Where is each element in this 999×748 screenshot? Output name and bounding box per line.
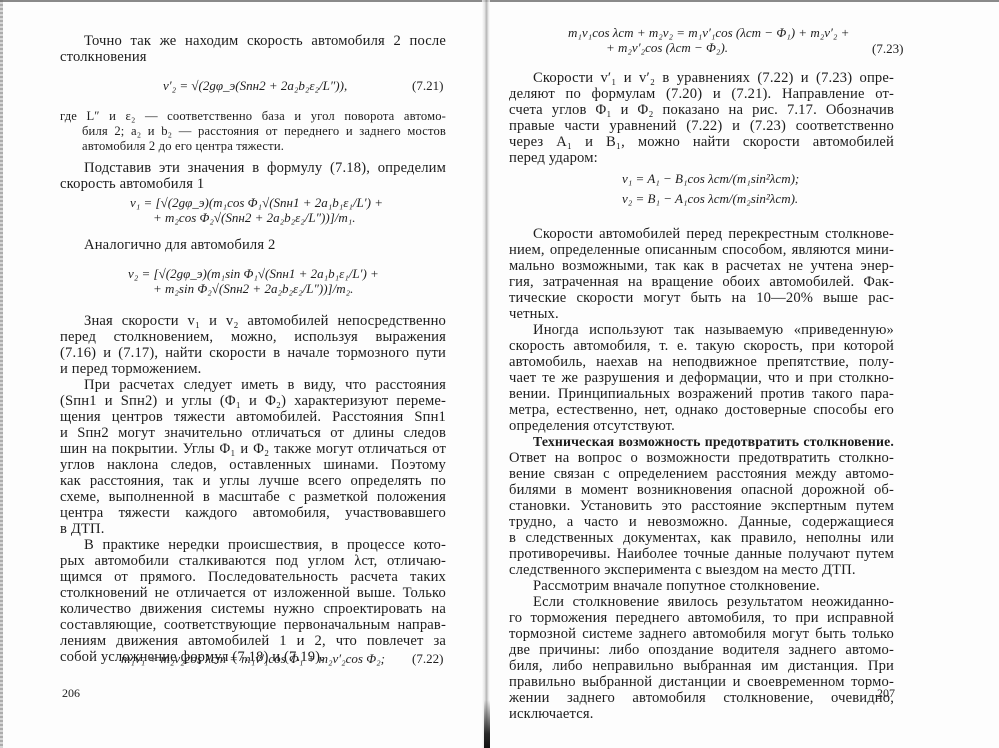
paragraph-line: шин на покрытии. Углы Φ₁ и Φ₂ также могу… <box>60 441 446 457</box>
paragraph-line: Рассмотрим вначале попутное столкновение… <box>509 578 894 594</box>
equation-v2-result: v₂ = B₁ − A₁cos λст/(m₂sin²λст). <box>622 191 798 206</box>
paragraph-line: нием, определенные описанным способом, я… <box>509 242 894 258</box>
paragraph-line: тические скорости могут быть на 10—20% в… <box>509 290 894 306</box>
paragraph-line: в ДТП. <box>60 521 446 537</box>
paragraph-line: деляют по формулам (7.20) и (7.21). Напр… <box>509 86 894 102</box>
paragraph-line: составляющие, соответствующие первоначал… <box>60 617 446 633</box>
paragraph-line: через A₁ и B₁, можно найти скорости авто… <box>509 134 894 150</box>
paragraph-line: трудно, а часто и невозможно. Данные, со… <box>509 514 894 530</box>
paragraph-line: и Sпн2 могут значительно отличаться от д… <box>60 425 446 441</box>
page-number-left: 206 <box>62 686 80 700</box>
section-heading: Техническая возможность предотвратить ст… <box>509 434 894 450</box>
right-page: m₁v₁cos λст + m₂v₂ = m₁v′₁cos (λст − Φ₁)… <box>509 0 894 748</box>
paragraph-line: тормозной системе заднего автомобиля мог… <box>509 626 894 642</box>
paragraph-line: вении. Принципиальных возражений против … <box>509 386 894 402</box>
footnote-line: где L″ и ε₂ — соответственно база и угол… <box>60 108 446 124</box>
paragraph-line: Ответ на вопрос о возможности предотврат… <box>509 450 894 466</box>
paragraph-line: билями в момент возникновения опасной до… <box>509 482 894 498</box>
equation-v1-result: v₁ = A₁ − B₁cos λст/(m₁sin²λст); <box>622 171 799 186</box>
paragraph-line: четных. <box>509 306 894 322</box>
paragraph-line: две причины: либо опоздание водителя зад… <box>509 642 894 658</box>
equation-number: (7.23) <box>872 41 903 56</box>
paragraph-line: перед столкновением, можно, используя вы… <box>60 329 446 345</box>
paragraph-line: Точно так же находим скорость автомобиля… <box>60 33 446 49</box>
paragraph-line: противоречивы. Наиболее точные данные по… <box>509 546 894 562</box>
paragraph-line: жении заднего автомобиля столкновение, о… <box>509 690 894 706</box>
equation-number: (7.22) <box>412 651 443 666</box>
paragraph-line: правые части уравнений (7.22) и (7.23) с… <box>509 118 894 134</box>
paragraph-line: щимся от прямого. Последовательность рас… <box>60 569 446 585</box>
paragraph-line: и перед торможением. <box>60 361 446 377</box>
equation-v1-line1: v₁ = [√(2gφ_э)(m₁cos Φ₁√(Sпн1 + 2a₁b₁ε₁/… <box>130 195 383 210</box>
paragraph-line: Скорости v′₁ и v′₂ в уравнениях (7.22) и… <box>509 70 894 86</box>
paragraph-line: перед ударом: <box>509 150 894 166</box>
paragraph-line: схеме, выполненной в масштабе с разметко… <box>60 489 446 505</box>
paragraph-line: в следственных документах, как правило, … <box>509 530 894 546</box>
equation-7-23-line2: + m₂v′₂cos (λст − Φ₂). <box>606 40 728 55</box>
paragraph-line: как расстояния, так и углы лучше всего о… <box>60 473 446 489</box>
paragraph-line: В практике нередки происшествия, в проце… <box>60 537 446 553</box>
paragraph-line: При расчетах следует иметь в виду, что р… <box>60 377 446 393</box>
paragraph-line: определения отсутствуют. <box>509 418 894 434</box>
book-spine <box>482 0 490 748</box>
paragraph-line: щения центров тяжести автомобилей. Расст… <box>60 409 446 425</box>
left-page: Точно так же находим скорость автомобиля… <box>60 0 446 748</box>
paragraph-line: Подставив эти значения в формулу (7.18),… <box>60 160 446 176</box>
equation-7-21: v′₂ = √(2gφ_э(Sпн2 + 2a₂b₂ε₂/L″)), <box>163 78 347 93</box>
paragraph-line: вение связан с определением расстояния м… <box>509 466 894 482</box>
paragraph-line: Аналогично для автомобиля 2 <box>60 237 446 253</box>
paragraph-line: количество движения системы нужно спроек… <box>60 601 446 617</box>
paragraph-line: лениям движения автомобилей 1 и 2, что п… <box>60 633 446 649</box>
paragraph-line: рых автомобили сталкиваются под углом λс… <box>60 553 446 569</box>
paragraph-line: Иногда используют так называемую «привед… <box>509 322 894 338</box>
equation-7-22: m₁v₁ + m₂v₂cos λст = m₁v′₁cos Φ₁ + m₂v′₂… <box>121 651 385 666</box>
book-spine-shadow <box>484 700 490 748</box>
paragraph-line: скорость автомобиля, т. е. такую скорост… <box>509 338 894 354</box>
paragraph-line: мально возможными, так как в расчетах не… <box>509 258 894 274</box>
paragraph-line: столкновения <box>60 49 446 65</box>
scan-left-edge <box>0 0 3 748</box>
paragraph-line: исключается. <box>509 706 894 722</box>
paragraph-line: следственного эксперимента с выездом на … <box>509 562 894 578</box>
paragraph-line: центра тяжести каждого автомобиля, участ… <box>60 505 446 521</box>
paragraph-line: Зная скорости v₁ и v₂ автомобилей непоср… <box>60 313 446 329</box>
footnote-line: биля 2; a₂ и b₂ — расстояния от переднег… <box>60 123 446 139</box>
paragraph-line: углов наклона следов, оставленных шинами… <box>60 457 446 473</box>
paragraph-line: биля, либо неправильно выбранная им дист… <box>509 658 894 674</box>
equation-v2-line2: + m₂sin Φ₂√(Sпн2 + 2a₂b₂ε₂/L″))]/m₂. <box>153 281 353 296</box>
paragraph-line: скорость автомобиля 1 <box>60 176 446 192</box>
paragraph-line: автомобиль, наехав на неподвижное препят… <box>509 354 894 370</box>
equation-v2-line1: v₂ = [√(2gφ_э)(m₁sin Φ₁√(Sпн1 + 2a₁b₁ε₁/… <box>128 266 379 281</box>
paragraph-line: становки. Установить это расстояние эксп… <box>509 498 894 514</box>
paragraph-line: го торможения переднего автомобиля, то п… <box>509 610 894 626</box>
paragraph-line: Скорости автомобилей перед перекрестным … <box>509 226 894 242</box>
equation-v1-line2: + m₂cos Φ₂√(Sпн2 + 2a₂b₂ε₂/L″))]/m₁. <box>153 210 356 225</box>
footnote-line: автомобиля 2 до его центра тяжести. <box>60 138 446 154</box>
paragraph-line: чает те же разрушения и деформации, что … <box>509 370 894 386</box>
paragraph-line: гия, затраченная на вращение обоих автом… <box>509 274 894 290</box>
paragraph-line: правильно выбранной дистанции и своеврем… <box>509 674 894 690</box>
paragraph-line: Если столкновение явилось результатом не… <box>509 594 894 610</box>
paragraph-line: (7.16) и (7.17), найти скорости в начале… <box>60 345 446 361</box>
paragraph-line: метра, естественно, нет, однако достовер… <box>509 402 894 418</box>
paragraph-line: столкновений не отличается от изложенной… <box>60 585 446 601</box>
equation-7-23-line1: m₁v₁cos λст + m₂v₂ = m₁v′₁cos (λст − Φ₁)… <box>568 25 849 40</box>
paragraph-line: (Sпн1 и Sпн2) и углы (Φ₁ и Φ₂) характери… <box>60 393 446 409</box>
page-number-right: 207 <box>877 686 895 700</box>
equation-number: (7.21) <box>412 78 443 93</box>
paragraph-line: счета углов Φ₁ и Φ₂ показано на рис. 7.1… <box>509 102 894 118</box>
